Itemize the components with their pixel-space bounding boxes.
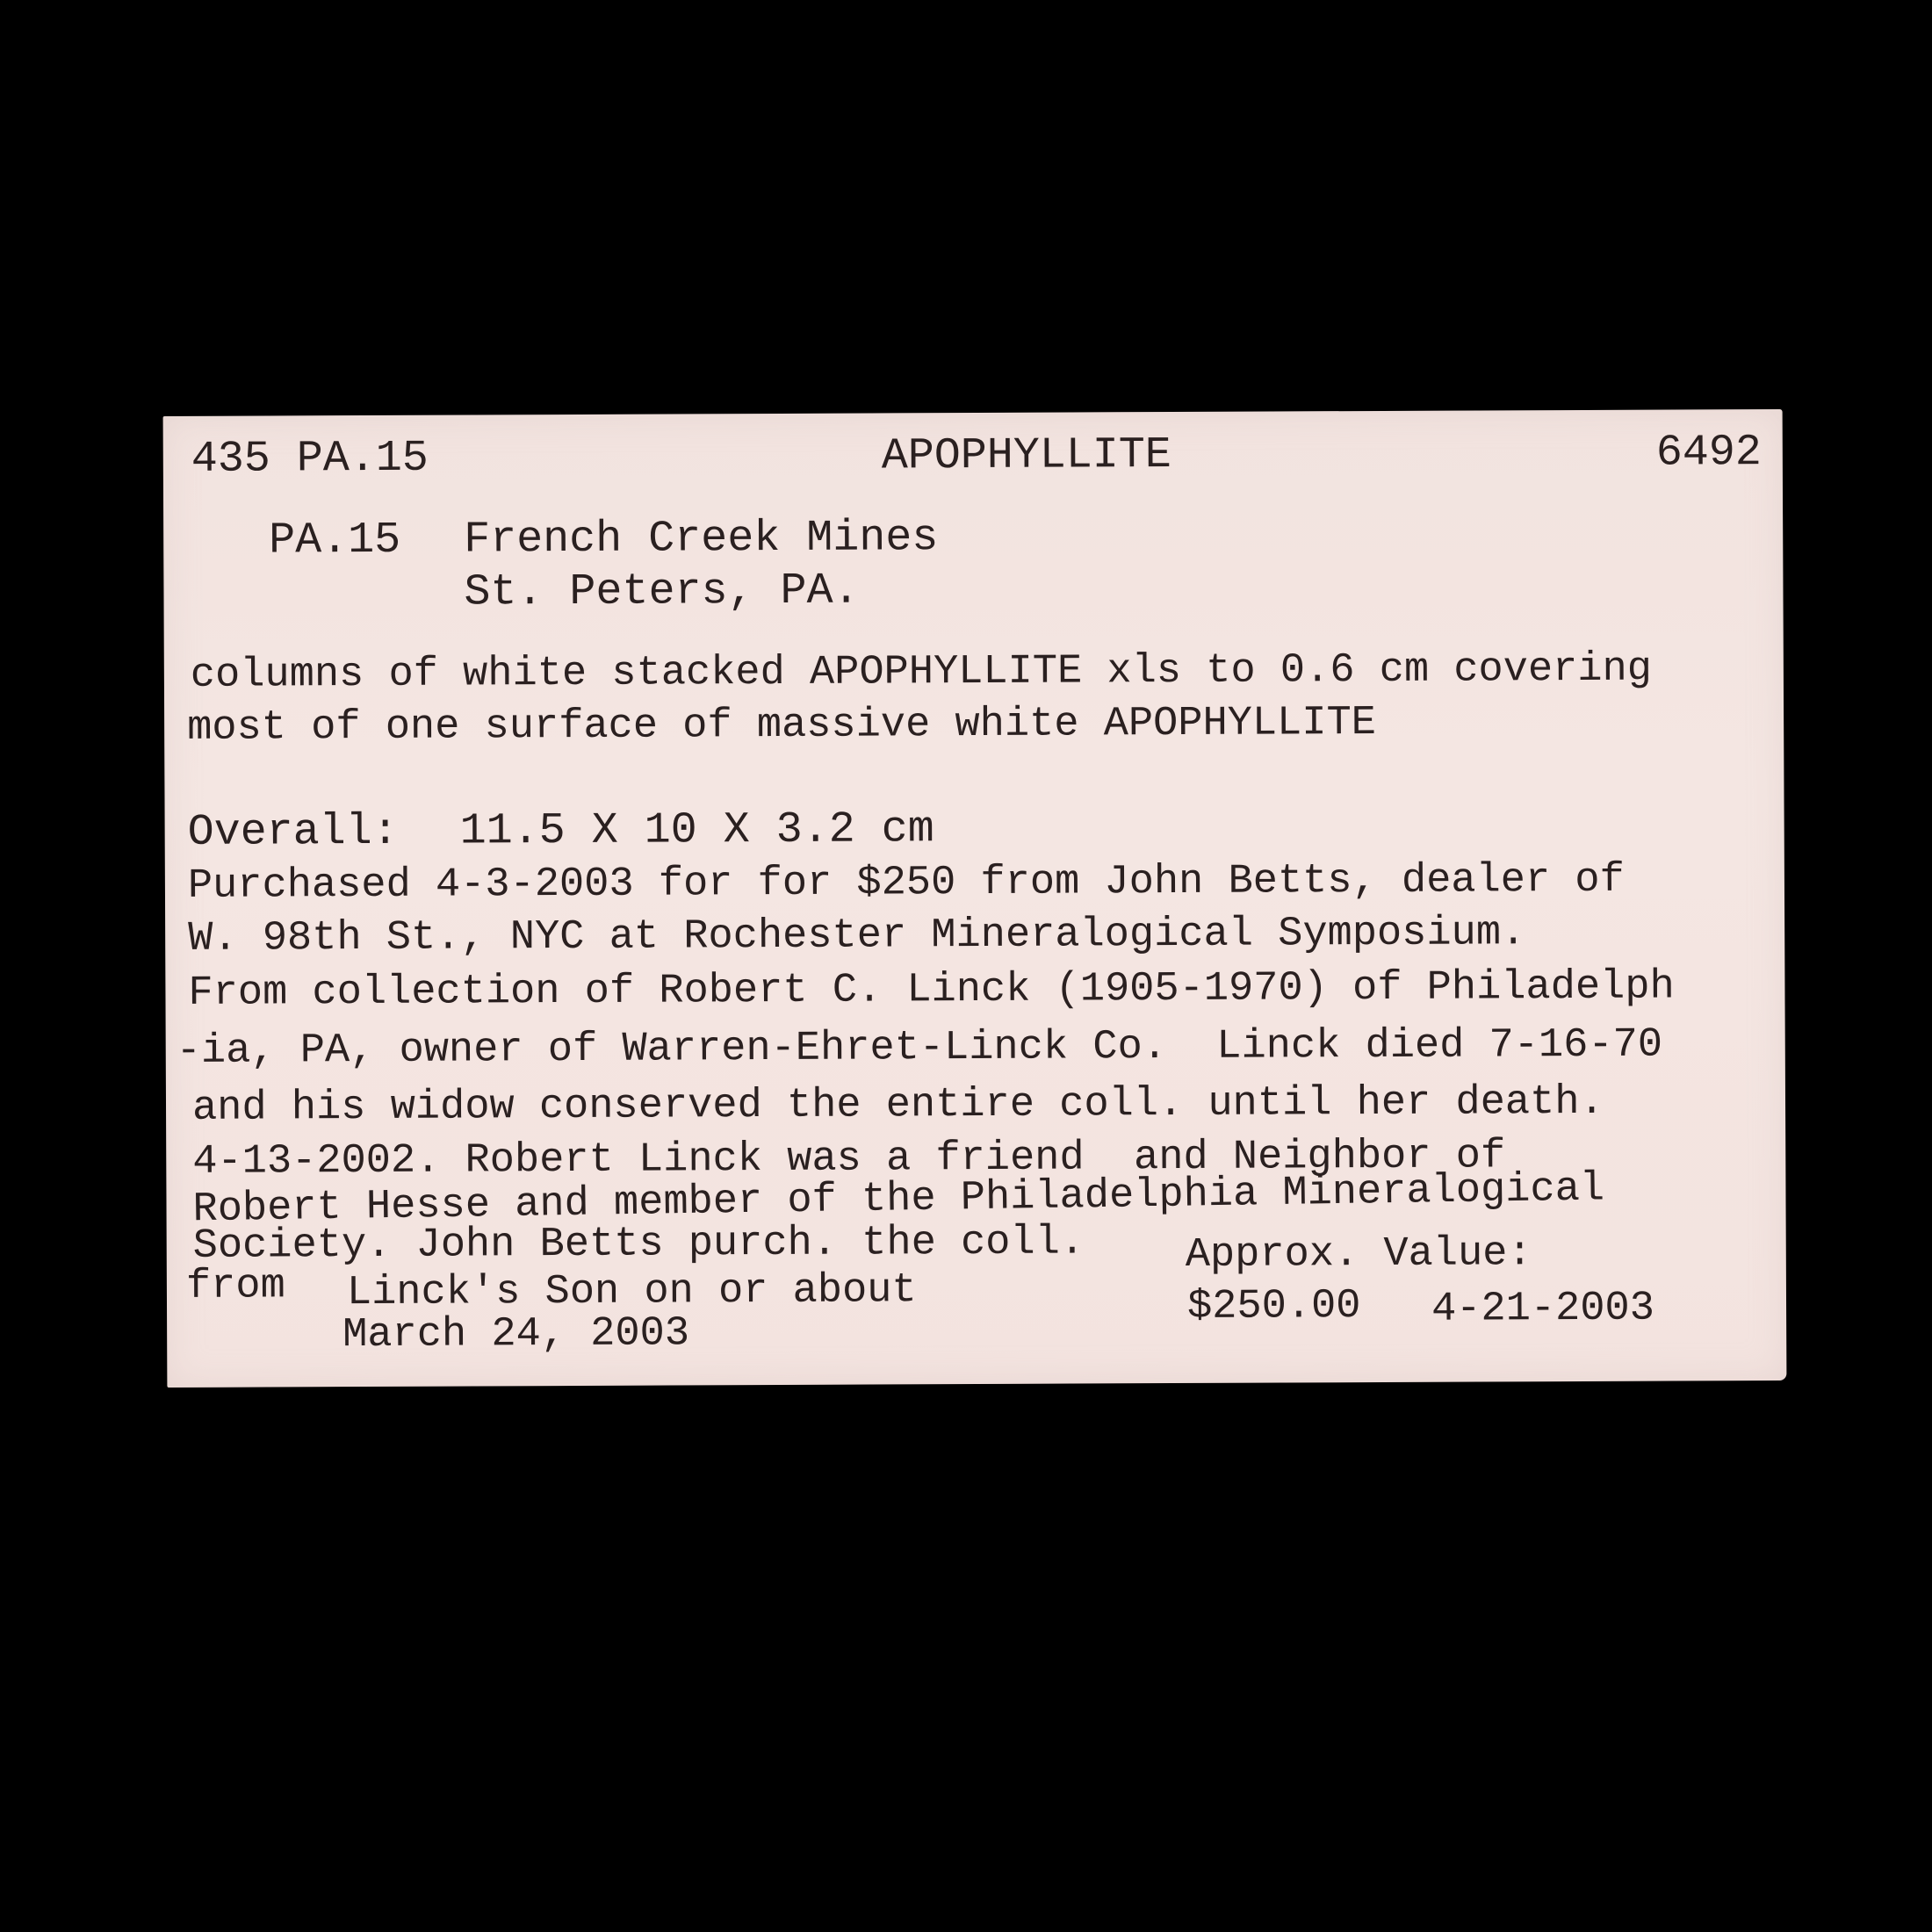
valuation-date: 4-21-2003 — [1431, 1288, 1654, 1330]
locality-code: PA.15 — [269, 519, 400, 564]
provenance-line-4: -ia, PA, owner of Warren-Ehret-Linck Co.… — [177, 1025, 1662, 1072]
provenance-line-5: and his widow conserved the entire coll.… — [192, 1082, 1604, 1129]
description-line-1: columns of white stacked APOPHYLLITE xls… — [191, 649, 1652, 696]
provenance-from-label: from — [186, 1265, 285, 1307]
dimensions-label: Overall: — [188, 811, 399, 855]
provenance-tail-line-2: March 24, 2003 — [342, 1313, 689, 1356]
specimen-number: 6492 — [1656, 431, 1762, 476]
locality-name: French Creek Mines — [464, 516, 938, 562]
dimensions-value: 11.5 X 10 X 3.2 cm — [460, 808, 934, 854]
locality-place: St. Peters, PA. — [464, 570, 859, 616]
valuation-amount: $250.00 — [1187, 1286, 1361, 1328]
provenance-line-1: Purchased 4-3-2003 for for $250 from Joh… — [188, 860, 1625, 907]
mineral-name: APOPHYLLITE — [882, 434, 1171, 479]
description-line-2: most of one surface of massive white APO… — [187, 703, 1376, 749]
valuation-label: Approx. Value: — [1186, 1233, 1532, 1276]
provenance-line-8: Society. John Betts purch. the coll. — [193, 1222, 1085, 1266]
provenance-line-3: From collection of Robert C. Linck (1905… — [188, 967, 1674, 1014]
specimen-label-card: 435 PA.15 APOPHYLLITE 6492 PA.15 French … — [163, 409, 1787, 1388]
provenance-tail-line-1: Linck's Son on or about — [347, 1270, 917, 1314]
catalog-code: 435 PA.15 — [191, 437, 429, 482]
provenance-line-2: W. 98th St., NYC at Rochester Mineralogi… — [188, 912, 1525, 960]
